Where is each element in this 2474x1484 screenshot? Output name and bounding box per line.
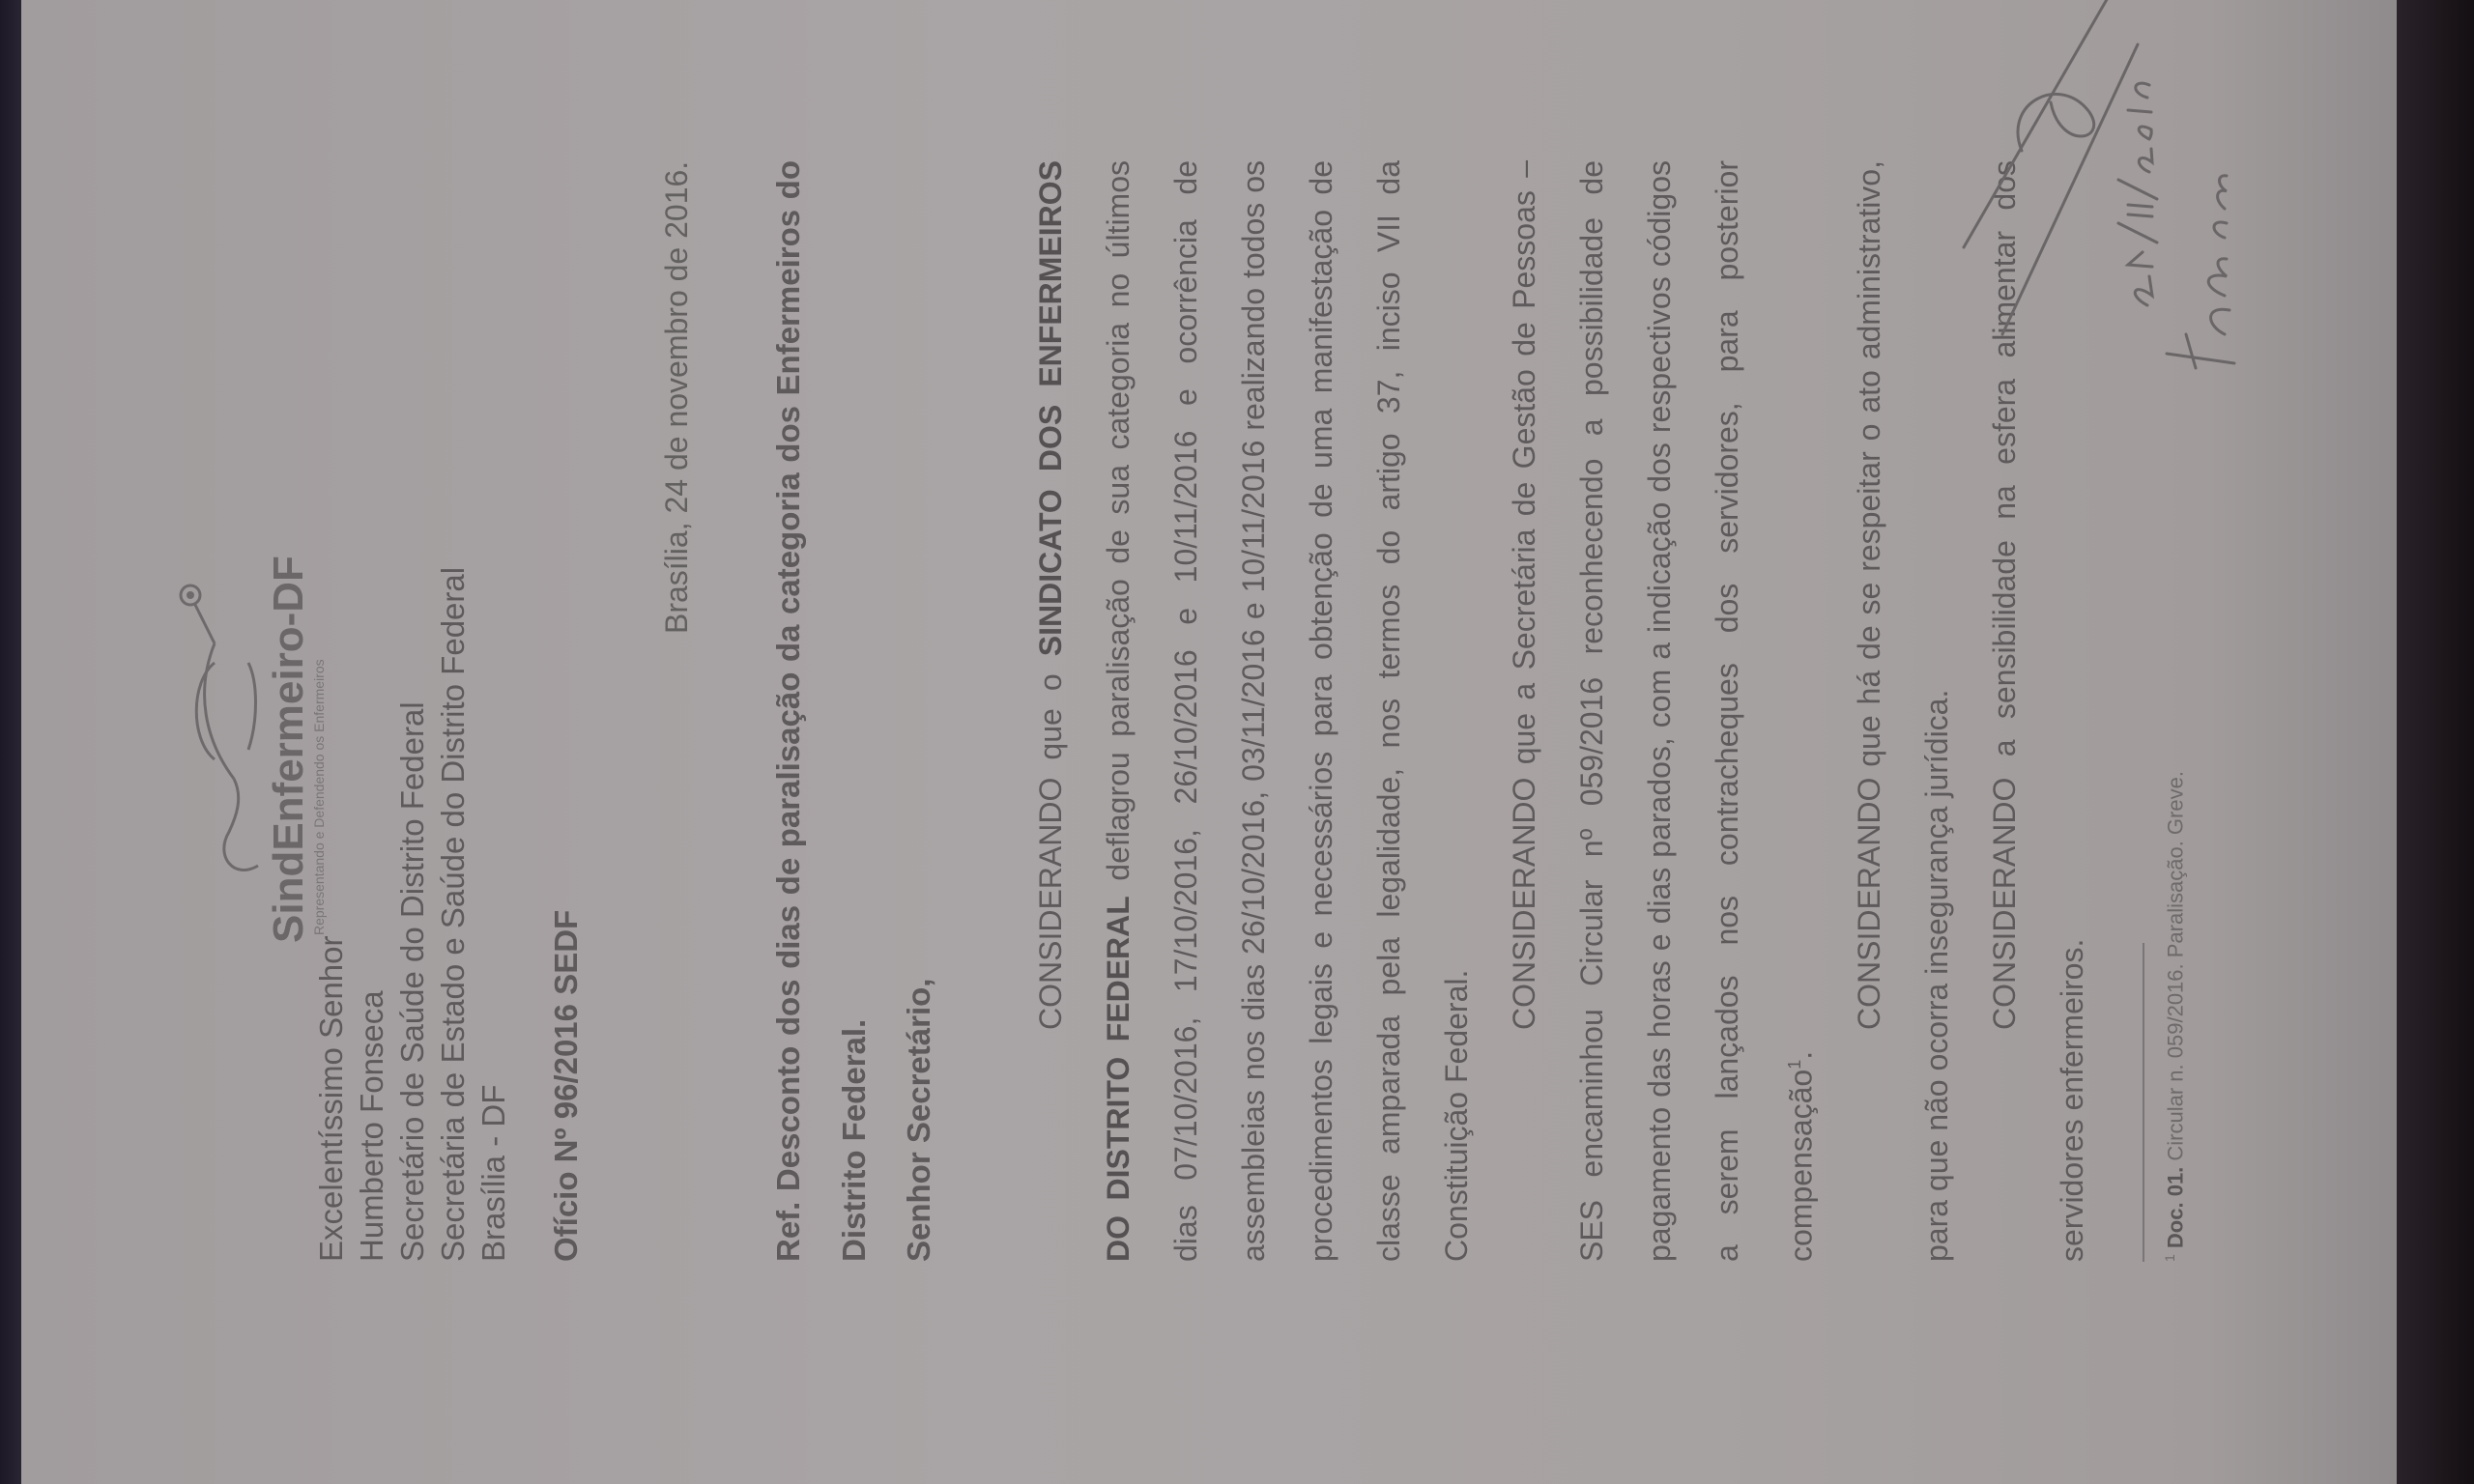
- recipient-line: Brasília - DF: [474, 567, 514, 1262]
- recipient-block: Excelentíssimo Senhor Humberto Fonseca S…: [311, 567, 514, 1262]
- letterhead-logo: SindEnfermeiro-DF Representando e Defend…: [176, 499, 321, 943]
- footnote: 1 Doc. 01. Circular n. 059/2016. Paralis…: [2162, 771, 2188, 1262]
- subject-line: Ref. Desconto dos dias de paralisação da…: [756, 160, 887, 1262]
- stethoscope-nurse-cap-icon: [176, 556, 268, 885]
- footnote-label: Doc. 01.: [2163, 1167, 2187, 1248]
- paragraph-text: deflagrou paralisação de sua categoria n…: [1101, 160, 1474, 1262]
- paper-sheet: SindEnfermeiro-DF Representando e Defend…: [21, 0, 2397, 1484]
- footnote-number: 1: [2162, 1254, 2177, 1262]
- paragraph-text: .: [1784, 1051, 1819, 1060]
- footnote-divider: [2143, 943, 2144, 1262]
- footnote-ref: 1: [1785, 1060, 1804, 1070]
- letterhead-name: SindEnfermeiro-DF: [265, 556, 313, 943]
- paragraph-text: que o: [1033, 656, 1068, 777]
- recipient-line: Humberto Fonseca: [352, 567, 392, 1262]
- handwritten-received-signature: [1944, 0, 2312, 392]
- recipient-line: Secretário de Saúde do Distrito Federal: [392, 567, 433, 1262]
- background-edge-left: [0, 0, 21, 1484]
- paragraph-2: CONSIDERANDO que a Secretária de Gestão …: [1490, 160, 1835, 1262]
- letter-page: SindEnfermeiro-DF Representando e Defend…: [21, 0, 2397, 1484]
- background-edge-right: [2397, 0, 2474, 1484]
- letter-body: CONSIDERANDO que o SINDICATO DOS ENFERME…: [1017, 160, 2106, 1262]
- paragraph-1: CONSIDERANDO que o SINDICATO DOS ENFERME…: [1017, 160, 1490, 1262]
- recipient-line: Secretária de Estado e Saúde do Distrito…: [433, 567, 474, 1262]
- considerando-lead: CONSIDERANDO: [1987, 778, 2022, 1030]
- considerando-lead: CONSIDERANDO: [1507, 778, 1541, 1030]
- paragraph-text: que há de se respeitar o ato administrat…: [1852, 160, 1954, 1262]
- footnote-text: Circular n. 059/2016. Paralisação. Greve…: [2163, 771, 2187, 1167]
- reference-number: Ofício Nº 96/2016 SEDF: [548, 910, 585, 1262]
- date-line: Brasília, 24 de novembro de 2016.: [659, 161, 695, 634]
- paragraph-text: que a Secretária de Gestão de Pessoas – …: [1507, 160, 1819, 1262]
- considerando-lead: CONSIDERANDO: [1852, 778, 1886, 1030]
- considerando-lead: CONSIDERANDO: [1033, 778, 1068, 1030]
- recipient-line: Excelentíssimo Senhor: [311, 567, 352, 1262]
- salutation: Senhor Secretário,: [901, 979, 937, 1262]
